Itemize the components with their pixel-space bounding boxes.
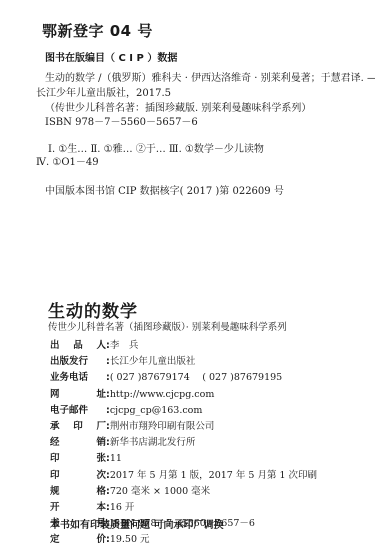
- imprint-value: 16 开: [110, 500, 135, 516]
- imprint-value: 11: [110, 451, 122, 467]
- imprint-label-part: 规: [50, 484, 60, 500]
- imprint-label-part: 网: [50, 387, 60, 403]
- imprint-value: 长江少年儿童出版社: [110, 354, 196, 370]
- imprint-row: 电子邮件:cjcpg_cp@163.com: [50, 403, 317, 419]
- imprint-label-part: 定: [50, 532, 60, 547]
- cip-verification-number: 中国版本图书馆 CIP 数据核字( 2017 )第 022609 号: [45, 182, 284, 197]
- imprint-label: 印次: [50, 468, 106, 484]
- imprint-label-part: 格: [96, 484, 106, 500]
- imprint-value: 荆州市翔羚印刷有限公司: [110, 419, 215, 435]
- imprint-value: http://www.cjcpg.com: [110, 387, 215, 403]
- imprint-row: 开本:16 开: [50, 500, 317, 516]
- footer-note: 本书如有印装质量问题 可向承印厂调换: [50, 516, 223, 531]
- cip-line-classification: Ⅳ. ①O1－49: [36, 153, 99, 168]
- imprint-label-part: 人: [96, 338, 106, 354]
- imprint-row: 业务电话:( 027 )87679174 ( 027 )87679195: [50, 370, 317, 386]
- imprint-label: 出版发行: [50, 354, 106, 370]
- imprint-row: 网址:http://www.cjcpg.com: [50, 387, 317, 403]
- imprint-row: 定价:19.50 元: [50, 532, 317, 547]
- imprint-label-part: 印: [73, 419, 83, 435]
- imprint-label: 经销: [50, 435, 106, 451]
- imprint-label-part: 价: [96, 532, 106, 547]
- imprint-row: 规格:720 毫米 × 1000 毫米: [50, 484, 317, 500]
- imprint-row: 承印厂:荆州市翔羚印刷有限公司: [50, 419, 317, 435]
- cip-line-title-authors: 生动的数学 /（俄罗斯）雅科夫 · 伊西达洛维奇 · 别莱利曼著；于慧君译. —…: [45, 69, 375, 84]
- imprint-row: 印张:11: [50, 451, 317, 467]
- imprint-label-part: 承: [50, 419, 60, 435]
- imprint-label-part: 出: [50, 338, 60, 354]
- imprint-label-part: 印: [50, 468, 60, 484]
- imprint-label-part: 品: [73, 338, 83, 354]
- cip-line-isbn: ISBN 978－7－5560－5657－6: [45, 113, 198, 128]
- imprint-label-part: 经: [50, 435, 60, 451]
- cip-line-publisher: 长江少年儿童出版社，2017.5: [36, 84, 171, 99]
- imprint-row: 印次:2017 年 5 月第 1 版，2017 年 5 月第 1 次印刷: [50, 468, 317, 484]
- imprint-row: 出版发行:长江少年儿童出版社: [50, 354, 317, 370]
- imprint-value: ( 027 )87679174 ( 027 )87679195: [110, 370, 282, 386]
- imprint-label: 电子邮件: [50, 403, 106, 419]
- imprint-label: 规格: [50, 484, 106, 500]
- book-subtitle: 传世少儿科普名著（插图珍藏版）· 别莱利曼趣味科学系列: [48, 319, 287, 333]
- imprint-label: 业务电话: [50, 370, 106, 386]
- imprint-row: 出品人:李 兵: [50, 338, 317, 354]
- registration-number: 鄂新登字 04 号: [42, 20, 153, 41]
- imprint-label-part: 印: [50, 451, 60, 467]
- imprint-value: 19.50 元: [110, 532, 150, 547]
- imprint-label-part: 张: [96, 451, 106, 467]
- imprint-label-part: 次: [96, 468, 106, 484]
- imprint-label-part: 本: [96, 500, 106, 516]
- imprint-label-part: 电子邮件: [50, 403, 88, 419]
- imprint-label: 印张: [50, 451, 106, 467]
- imprint-label: 开本: [50, 500, 106, 516]
- imprint-value: 2017 年 5 月第 1 版，2017 年 5 月第 1 次印刷: [110, 468, 317, 484]
- imprint-label-part: 开: [50, 500, 60, 516]
- imprint-label: 出品人: [50, 338, 106, 354]
- imprint-label-part: 出版发行: [50, 354, 88, 370]
- imprint-label: 网址: [50, 387, 106, 403]
- imprint-value: 新华书店湖北发行所: [110, 435, 196, 451]
- imprint-label-part: 厂: [96, 419, 106, 435]
- imprint-value: 李 兵: [110, 338, 139, 354]
- cip-heading: 图书在版编目（ C I P ）数据: [45, 49, 177, 64]
- imprint-label-part: 销: [96, 435, 106, 451]
- imprint-row: 经销:新华书店湖北发行所: [50, 435, 317, 451]
- imprint-label: 定价: [50, 532, 106, 547]
- imprint-value: 720 毫米 × 1000 毫米: [110, 484, 210, 500]
- imprint-label-part: 业务电话: [50, 370, 88, 386]
- imprint-value: cjcpg_cp@163.com: [110, 403, 203, 419]
- imprint-label: 承印厂: [50, 419, 106, 435]
- imprint-label-part: 址: [96, 387, 106, 403]
- cip-line-series: （传世少儿科普名著：插图珍藏版. 别莱利曼趣味科学系列）: [45, 99, 311, 114]
